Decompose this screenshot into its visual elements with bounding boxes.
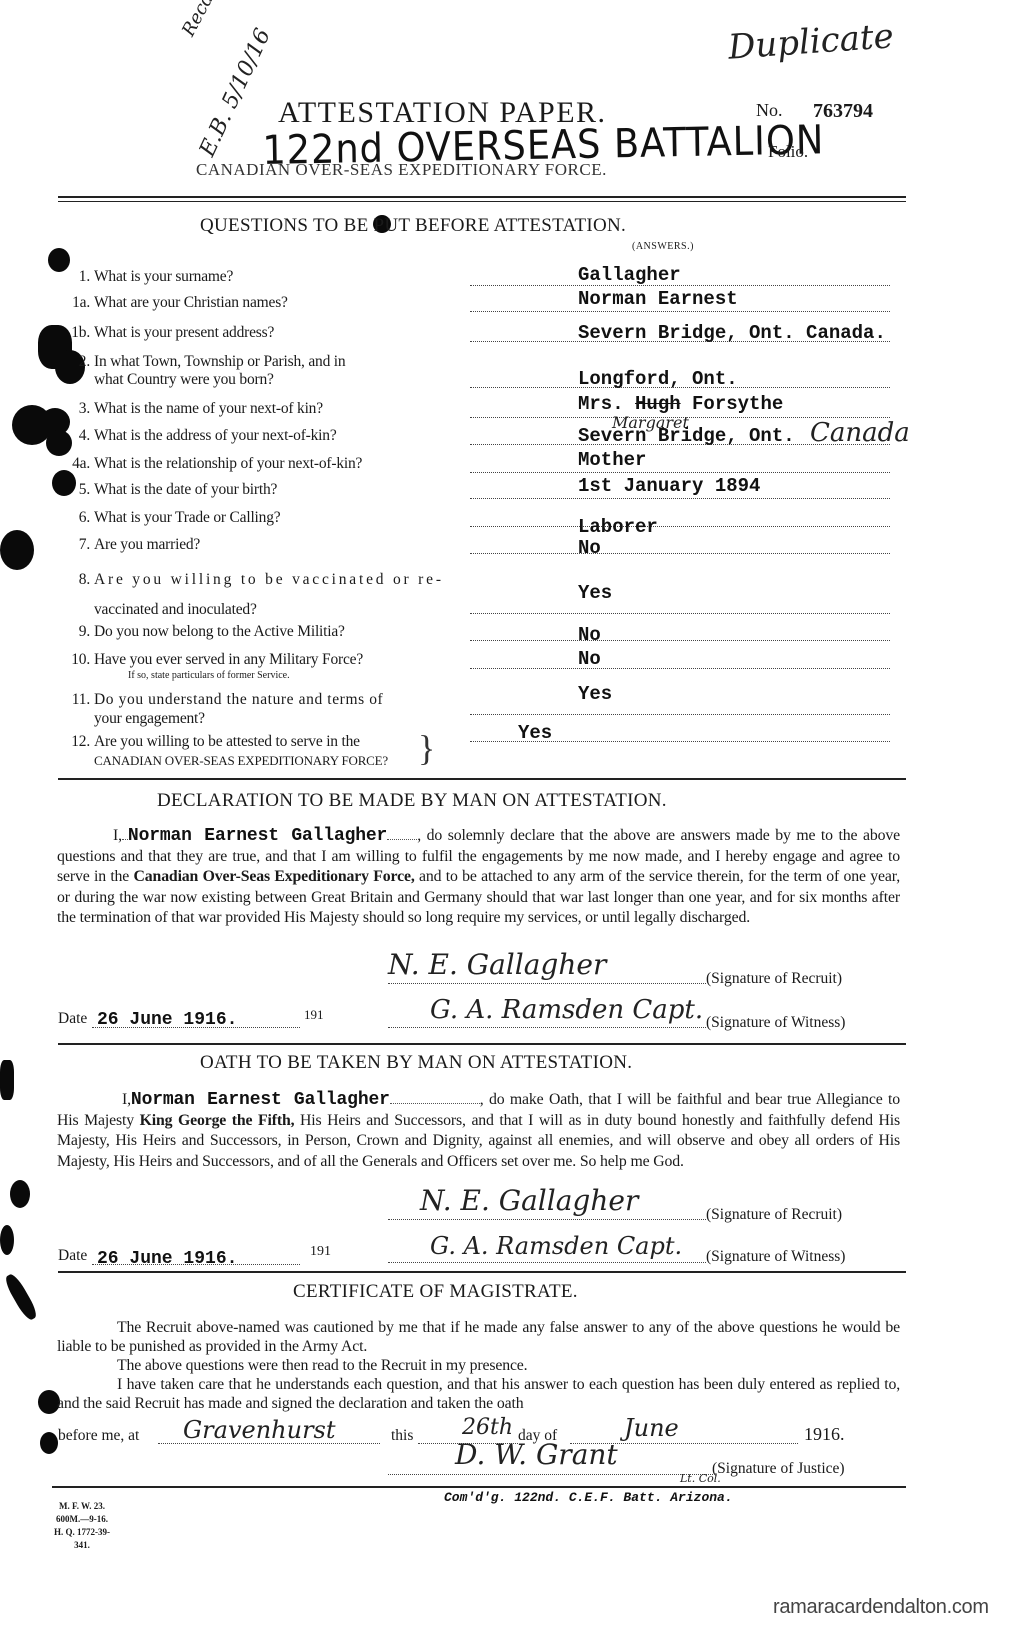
answer-6-trade: Laborer [578, 516, 658, 538]
answer-line [470, 613, 890, 614]
ink-blot [0, 1225, 14, 1255]
declarant-name: Norman Earnest Gallagher [128, 826, 387, 846]
magistrate-text: The Recruit above-named was cautioned by… [57, 1318, 900, 1413]
question-7: 7.Are you married? [62, 536, 200, 554]
attestation-day: 26th [462, 1415, 513, 1440]
section-rule [58, 1271, 906, 1273]
ink-blot [40, 1432, 58, 1454]
justice-signature-label: (Signature of Justice) [712, 1460, 845, 1478]
justice-signature: D. W. Grant [455, 1438, 618, 1471]
attestation-year: 1916. [804, 1424, 845, 1445]
declaration-text: I,Norman Earnest Gallagher, do solemnly … [57, 826, 900, 929]
oath-date: 26 June 1916. [97, 1249, 237, 1269]
answers-label: (ANSWERS.) [632, 241, 694, 252]
question-4: 4.What is the address of your next-of-ki… [62, 427, 337, 445]
answer-line [470, 553, 890, 554]
answer-2-birthplace: Longford, Ont. [578, 368, 738, 390]
question-10: 10.Have you ever served in any Military … [62, 651, 363, 669]
answer-line [470, 668, 890, 669]
header-rule-2 [58, 201, 906, 202]
oath-year-prefix: 191 [310, 1244, 331, 1260]
answer-7-married: No [578, 537, 601, 559]
magistrate-heading: CERTIFICATE OF MAGISTRATE. [293, 1281, 578, 1303]
witness-signature-label: (Signature of Witness) [706, 1014, 845, 1032]
oath-recruit-signature: N. E. Gallagher [420, 1184, 638, 1217]
question-5: 5.What is the date of your birth? [62, 481, 277, 499]
oath-witness-signature-label: (Signature of Witness) [706, 1248, 845, 1266]
oath-recruit-signature-label: (Signature of Recruit) [706, 1206, 842, 1224]
answer-line [470, 472, 890, 473]
answer-4a-relationship: Mother [578, 449, 646, 471]
question-8: 8.Are you willing to be vaccinated or re… [62, 565, 444, 625]
oath-witness-signature: G. A. Ramsden Capt. [430, 1232, 682, 1260]
address-correction: Canada [810, 418, 910, 448]
signature-line [388, 1262, 706, 1263]
answer-line [470, 311, 890, 312]
battalion-stamp: 122nd OVERSEAS BATTALION [262, 117, 825, 174]
question-1b: 1b.What is your present address? [62, 324, 274, 342]
this-label: this [391, 1427, 413, 1445]
question-12: 12.Are you willing to be attested to ser… [62, 732, 388, 770]
answer-1b-address: Severn Bridge, Ont. Canada. [578, 322, 886, 344]
received-annotation: Recd [178, 0, 218, 40]
section-rule [58, 778, 906, 780]
ink-blot [0, 1060, 14, 1100]
oath-text: I,Norman Earnest Gallagher, do make Oath… [57, 1090, 900, 1172]
header-rule [58, 196, 906, 198]
question-10-note: If so, state particulars of former Servi… [128, 670, 290, 681]
answer-11-understand: Yes [578, 683, 612, 705]
question-6: 6.What is your Trade or Calling? [62, 509, 280, 527]
answer-3-next-of-kin: Mrs. Hugh Forsythe [578, 393, 783, 415]
signature-line [388, 1474, 713, 1475]
date-label: Date [58, 1010, 87, 1028]
brace: } [418, 730, 435, 766]
signature-line [388, 1027, 706, 1028]
question-9: 9.Do you now belong to the Active Militi… [62, 623, 345, 641]
answer-10-military-service: No [578, 648, 601, 670]
question-3: 3.What is the name of your next-of kin? [62, 400, 323, 418]
question-1: 1.What is your surname? [62, 268, 233, 286]
answer-line [470, 714, 890, 715]
answer-1a-christian-names: Norman Earnest [578, 288, 738, 310]
answer-5-birth-date: 1st January 1894 [578, 475, 760, 497]
recruit-signature-label: (Signature of Recruit) [706, 970, 842, 988]
answer-9-militia: No [578, 624, 601, 646]
recruit-signature: N. E. Gallagher [388, 948, 606, 981]
section-rule [58, 1043, 906, 1045]
signature-line [388, 983, 706, 984]
form-codes: M. F. W. 23. 600M.—9-16. H. Q. 1772-39-3… [52, 1500, 112, 1552]
commanding-officer-stamp: Com'd'g. 122nd. C.E.F. Batt. Arizona. [444, 1490, 733, 1505]
answer-8-vaccinated: Yes [578, 582, 612, 604]
before-me-label: before me, at [58, 1427, 139, 1445]
duplicate-annotation: Duplicate [727, 16, 895, 67]
oath-heading: OATH TO BE TAKEN BY MAN ON ATTESTATION. [200, 1052, 632, 1074]
ink-blot [2, 1272, 39, 1322]
declaration-heading: DECLARATION TO BE MADE BY MAN ON ATTESTA… [157, 790, 667, 812]
answer-line [470, 640, 890, 641]
oath-name: Norman Earnest Gallagher [131, 1090, 390, 1110]
signature-line [388, 1219, 706, 1220]
witness-signature: G. A. Ramsden Capt. [430, 995, 703, 1025]
year-prefix: 191 [304, 1007, 324, 1023]
watermark-link[interactable]: ramaracardendalton.com [773, 1596, 989, 1619]
answer-line [470, 498, 890, 499]
question-2: 2.In what Town, Township or Parish, and … [62, 353, 345, 389]
answer-line [470, 526, 890, 527]
answer-12-willing-to-serve: Yes [518, 722, 552, 744]
question-1a: 1a.What are your Christian names? [62, 294, 288, 312]
attestation-place: Gravenhurst [183, 1416, 336, 1444]
date-line [92, 1264, 300, 1265]
folio-label: Folio. [768, 142, 808, 162]
answer-1-surname: Gallagher [578, 264, 681, 286]
answer-4-next-of-kin-address: Severn Bridge, Ont. [578, 425, 795, 447]
oath-date-label: Date [58, 1247, 87, 1265]
date-line [92, 1027, 300, 1028]
attestation-month: June [624, 1414, 679, 1442]
question-11: 11.Do you understand the nature and term… [62, 690, 383, 728]
bottom-rule [52, 1486, 906, 1488]
ink-blot [10, 1180, 30, 1208]
ink-blot [0, 530, 34, 570]
question-4a: 4a.What is the relationship of your next… [62, 455, 362, 473]
questions-heading: QUESTIONS TO BE PUT BEFORE ATTESTATION. [200, 215, 626, 237]
